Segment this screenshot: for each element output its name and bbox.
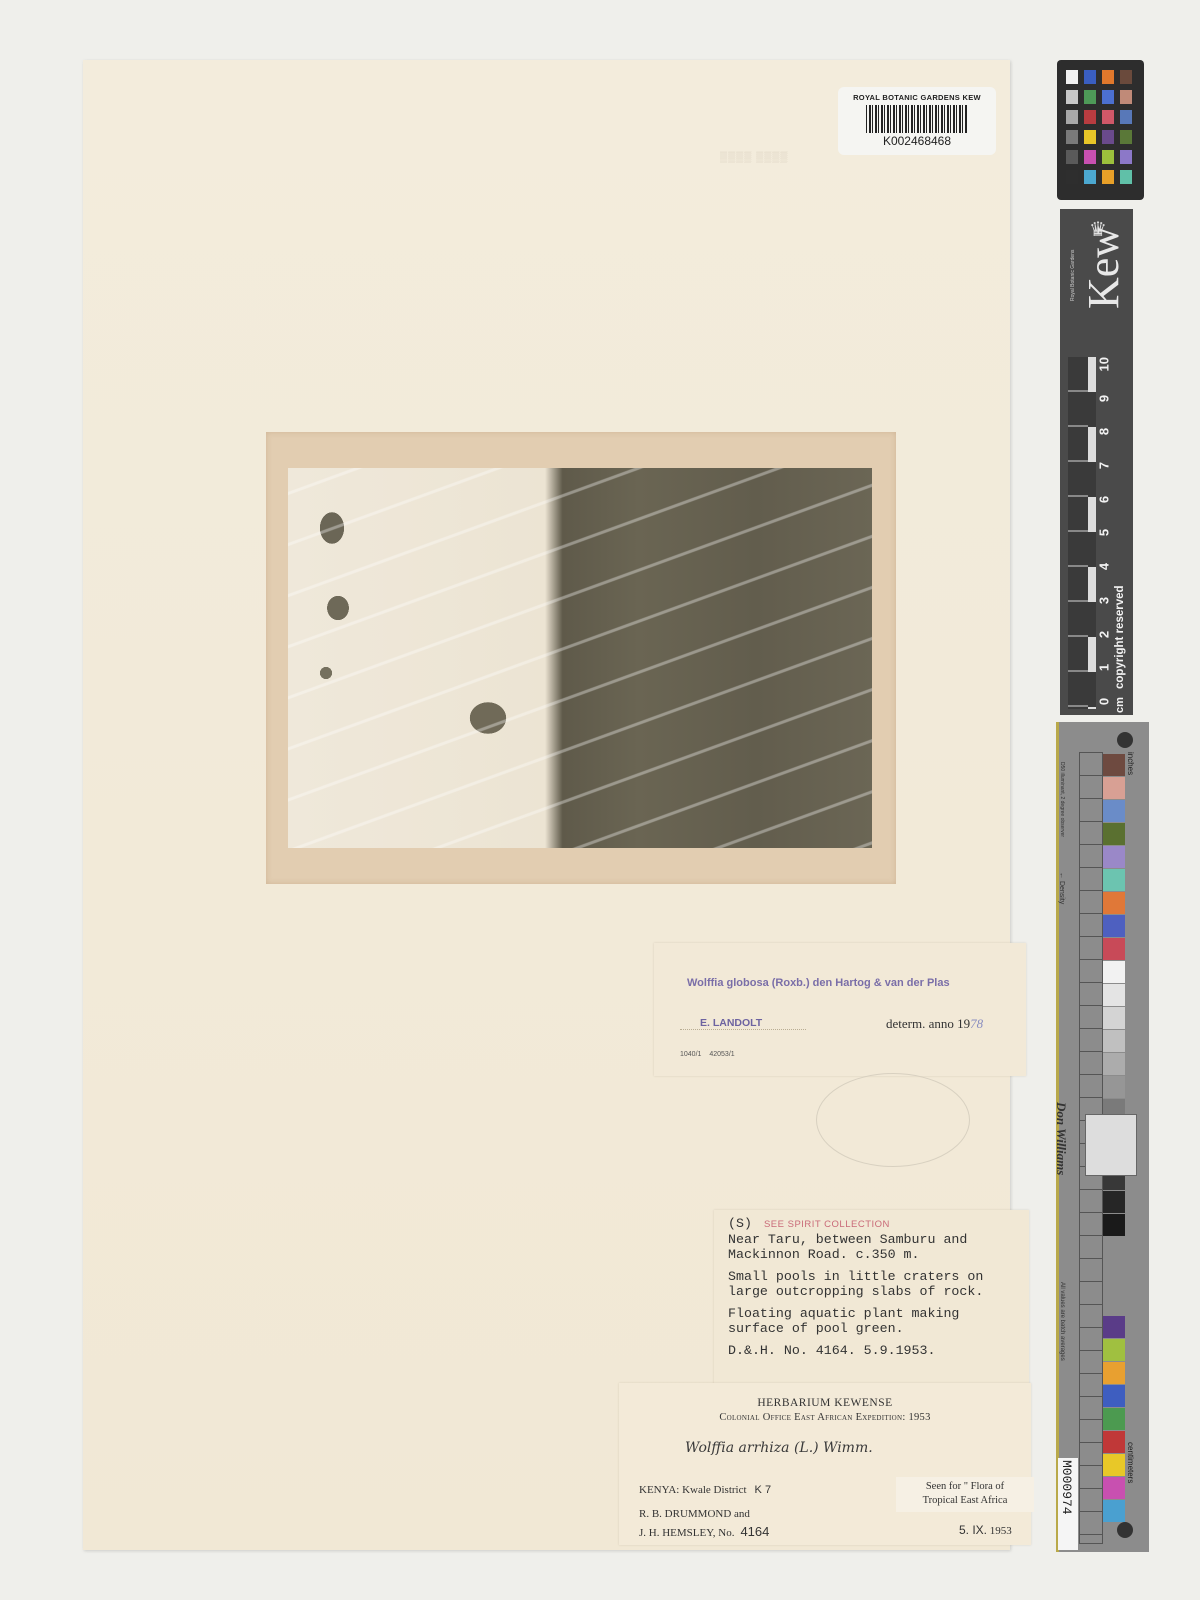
kew-cm-scale: ♛ Royal Botanic Gardens Kew 012345678910… bbox=[1060, 209, 1133, 715]
colour-swatch bbox=[1084, 150, 1096, 164]
strip-swatch bbox=[1103, 1191, 1125, 1213]
handwritten-determination: Wolffia arrhiza (L.) Wimm. bbox=[685, 1440, 873, 1456]
colour-swatch bbox=[1120, 110, 1132, 124]
strip-swatch bbox=[1103, 1431, 1125, 1453]
colour-swatch bbox=[1102, 170, 1114, 184]
reference-numbers: 1040/1 42053/1 bbox=[680, 1051, 735, 1058]
date-year: 1953 bbox=[990, 1525, 1012, 1537]
colour-swatch bbox=[1120, 70, 1132, 84]
strip-swatch bbox=[1103, 823, 1125, 845]
ruler-ticks bbox=[1068, 357, 1088, 709]
strip-swatch bbox=[1103, 1316, 1125, 1338]
strip-swatch bbox=[1103, 1362, 1125, 1384]
strip-swatch bbox=[1103, 869, 1125, 891]
collector-name: J. H. HEMSLEY, No. bbox=[639, 1527, 734, 1539]
collector-number: 4164 bbox=[740, 1524, 769, 1539]
colour-swatch bbox=[1120, 130, 1132, 144]
collection-date: 5. IX. 1953 bbox=[959, 1523, 1012, 1537]
strip-swatch bbox=[1103, 915, 1125, 937]
seen-line-1: Seen for " Flora of bbox=[896, 1480, 1034, 1494]
colour-swatch bbox=[1084, 70, 1096, 84]
determ-prefix: determ. anno 19 bbox=[886, 1016, 970, 1031]
spirit-collection-stamp: SEE SPIRIT COLLECTION bbox=[764, 1219, 890, 1230]
strip-accession-number: M000974 bbox=[1059, 1460, 1074, 1515]
colour-swatch bbox=[1084, 90, 1096, 104]
institution-name: ROYAL BOTANIC GARDENS KEW bbox=[838, 93, 996, 102]
colour-swatch bbox=[1120, 90, 1132, 104]
spirit-prefix: (S) bbox=[728, 1216, 752, 1231]
strip-swatch bbox=[1103, 754, 1125, 776]
colour-swatch bbox=[1084, 170, 1096, 184]
collection-number-date: D.&.H. No. 4164. 5.9.1953. bbox=[728, 1343, 1029, 1358]
locality: KENYA: Kwale District bbox=[639, 1484, 747, 1496]
determ-year-handwritten: 78 bbox=[970, 1016, 983, 1031]
strip-swatch bbox=[1103, 1385, 1125, 1407]
punch-hole-bottom bbox=[1117, 1522, 1133, 1538]
expedition-name: Colonial Office East African Expedition:… bbox=[619, 1412, 1031, 1423]
strip-swatch bbox=[1103, 961, 1125, 983]
barcode-label: ROYAL BOTANIC GARDENS KEW K002468468 bbox=[838, 87, 996, 155]
density-label: ← Density bbox=[1058, 872, 1065, 904]
punch-hole-top bbox=[1117, 732, 1133, 748]
colour-swatch bbox=[1102, 150, 1114, 164]
copyright-text: copyright reserved bbox=[1114, 585, 1126, 689]
collector-line-2: J. H. HEMSLEY, No.4164 bbox=[639, 1524, 769, 1539]
description-text: Floating aquatic plant making surface of… bbox=[728, 1306, 1029, 1336]
colour-swatch bbox=[1066, 130, 1078, 144]
strip-swatch bbox=[1103, 800, 1125, 822]
strip-accession-label: M000974 bbox=[1058, 1458, 1078, 1550]
colour-swatch bbox=[1084, 130, 1096, 144]
faint-stamp: ▒▒▒▒ ▒▒▒▒ bbox=[720, 152, 788, 163]
determination-slip: Wolffia globosa (Roxb.) den Hartog & van… bbox=[654, 943, 1026, 1076]
kew-logo: Kew bbox=[1078, 219, 1129, 309]
scale-number: 10 bbox=[1097, 358, 1112, 372]
specimen-image bbox=[288, 468, 872, 848]
colour-swatch bbox=[1066, 150, 1078, 164]
habitat-text: Small pools in little craters on large o… bbox=[728, 1269, 1029, 1299]
strip-swatch bbox=[1103, 1076, 1125, 1098]
strip-swatch bbox=[1103, 1053, 1125, 1075]
strip-swatch bbox=[1103, 1339, 1125, 1361]
colour-swatch bbox=[1066, 110, 1078, 124]
barcode-number: K002468468 bbox=[838, 134, 996, 148]
determiner-name: E. LANDOLT bbox=[680, 1017, 806, 1030]
strip-swatch bbox=[1103, 777, 1125, 799]
resolution-target bbox=[1085, 1114, 1137, 1176]
colour-swatch bbox=[1066, 90, 1078, 104]
strip-swatch bbox=[1103, 1500, 1125, 1522]
collector-line-1: R. B. DRUMMOND and bbox=[639, 1508, 750, 1520]
unit-label: cm bbox=[1114, 697, 1126, 713]
colour-swatch bbox=[1066, 170, 1078, 184]
label-title: HERBARIUM KEWENSE bbox=[619, 1397, 1031, 1409]
strip-swatch bbox=[1103, 1454, 1125, 1476]
strip-swatch bbox=[1103, 1030, 1125, 1052]
strip-swatch bbox=[1103, 938, 1125, 960]
colour-density-strip: D50 illuminant, 2 degree observer ← Dens… bbox=[1056, 722, 1149, 1552]
scale-number: 9 bbox=[1097, 391, 1112, 405]
scale-number: 5 bbox=[1097, 526, 1112, 540]
locality-code: K 7 bbox=[755, 1484, 772, 1496]
colour-checker-card bbox=[1057, 60, 1144, 200]
faint-oval-stamp bbox=[816, 1073, 970, 1167]
colour-swatch bbox=[1102, 110, 1114, 124]
scale-number: 8 bbox=[1097, 425, 1112, 439]
scale-number: 0 bbox=[1097, 694, 1112, 708]
strip-swatch bbox=[1103, 892, 1125, 914]
strip-swatch bbox=[1103, 1007, 1125, 1029]
seen-for-flora-slip: Seen for " Flora of Tropical East Africa bbox=[896, 1477, 1034, 1512]
specimen-packet bbox=[266, 432, 896, 884]
colour-swatch bbox=[1120, 170, 1132, 184]
locality-text: Near Taru, between Samburu and Mackinnon… bbox=[728, 1232, 967, 1262]
scale-number: 6 bbox=[1097, 492, 1112, 506]
ruler-blocks bbox=[1088, 357, 1096, 709]
scale-number: 1 bbox=[1097, 661, 1112, 675]
colour-swatch bbox=[1102, 70, 1114, 84]
colour-swatch bbox=[1084, 110, 1096, 124]
colour-swatch bbox=[1102, 130, 1114, 144]
inches-label: inches bbox=[1126, 752, 1135, 775]
strip-swatch bbox=[1103, 1477, 1125, 1499]
batch-averages-note: All values are batch averages bbox=[1059, 1282, 1065, 1361]
determination-year: determ. anno 1978 bbox=[886, 1016, 983, 1032]
scale-number: 2 bbox=[1097, 627, 1112, 641]
field-collection-label: (S)SEE SPIRIT COLLECTIONNear Taru, betwe… bbox=[714, 1210, 1029, 1385]
locality-line: KENYA: Kwale DistrictK 7 bbox=[639, 1484, 771, 1496]
herbarium-kewense-label: HERBARIUM KEWENSE Colonial Office East A… bbox=[619, 1383, 1031, 1545]
determined-taxon: Wolffia globosa (Roxb.) den Hartog & van… bbox=[687, 977, 950, 989]
strip-swatch bbox=[1103, 1408, 1125, 1430]
colour-swatch bbox=[1066, 70, 1078, 84]
kew-subtitle: Royal Botanic Gardens bbox=[1070, 241, 1076, 301]
scale-number: 4 bbox=[1097, 560, 1112, 574]
scale-number: 7 bbox=[1097, 459, 1112, 473]
centimeters-label: centimeters bbox=[1126, 1442, 1135, 1483]
date-handwritten: 5. IX. bbox=[959, 1523, 987, 1537]
strip-swatch bbox=[1103, 984, 1125, 1006]
colour-swatch bbox=[1102, 90, 1114, 104]
colour-swatch bbox=[1120, 150, 1132, 164]
seen-line-2: Tropical East Africa bbox=[896, 1494, 1034, 1508]
barcode-icon bbox=[866, 105, 968, 133]
strip-swatch bbox=[1103, 1214, 1125, 1236]
strip-swatch bbox=[1103, 846, 1125, 868]
illuminant-note: D50 illuminant, 2 degree observer bbox=[1059, 762, 1065, 837]
scale-numbers: 012345678910 bbox=[1097, 357, 1111, 709]
don-williams-brand: Don Williams bbox=[1053, 1102, 1069, 1175]
scale-number: 3 bbox=[1097, 593, 1112, 607]
